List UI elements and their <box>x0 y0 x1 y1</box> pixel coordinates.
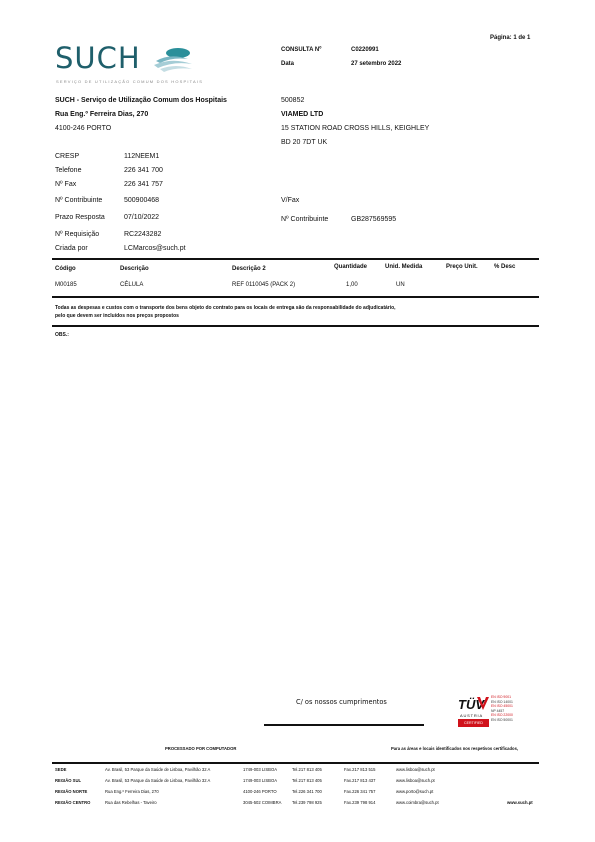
processed-by-note: PROCESSADO POR COMPUTADOR <box>165 746 236 751</box>
sender-name: SUCH - Serviço de Utilização Comum dos H… <box>55 97 227 104</box>
office-address: Rua das Rebelhas - Taveiro <box>105 800 157 805</box>
nif-value: 500900468 <box>124 197 159 204</box>
tuv-certification-badge: TÜV AUSTRIA CERTIFIED EN ISO 9001 EN ISO… <box>455 694 545 738</box>
tuv-standard: EN ISO 50001 <box>491 718 513 723</box>
office-city: 1749-003 LISBOA <box>243 778 277 783</box>
office-tel: Tel.239 798 925 <box>292 800 322 805</box>
tuv-country: AUSTRIA <box>460 713 483 718</box>
office-fax: Fax.239 798 914 <box>344 800 375 805</box>
cell-unid: UN <box>396 282 405 288</box>
recipient-code: 500852 <box>281 97 304 104</box>
col-header-unid: Unid. Medida <box>385 264 422 270</box>
fax-label: Nº Fax <box>55 181 76 188</box>
tuv-standards: EN ISO 9001 EN ISO 14001 EN ISO 45001 NP… <box>491 695 513 723</box>
sender-city: 4100-246 PORTO <box>55 125 111 132</box>
nif-label: Nº Contribuinte <box>55 197 102 204</box>
recipient-nif-value: GB287569595 <box>351 216 396 223</box>
website-link[interactable]: www.such.pt <box>507 800 533 805</box>
col-header-quantidade: Quantidade <box>334 264 367 270</box>
office-city: 1749-003 LISBOA <box>243 767 277 772</box>
office-tel: Tel.217 813 405 <box>292 778 322 783</box>
office-address: Av. Brasil, 53 Parque da Saúde de Lisboa… <box>105 778 210 783</box>
certified-areas-note: Para as áreas e locais identificados nos… <box>391 746 518 751</box>
office-tel: Tel.226 341 700 <box>292 789 322 794</box>
requisition-value: RC2243282 <box>124 231 161 238</box>
office-fax: Fax.217 813 515 <box>344 767 375 772</box>
tuv-certified-label: CERTIFIED <box>464 721 483 725</box>
recipient-address-2: BD 20 7DT UK <box>281 139 327 146</box>
consulta-value: C0220991 <box>351 47 379 53</box>
tuv-standard: EN ISO 9001 <box>491 695 513 700</box>
date-value: 27 setembro 2022 <box>351 61 401 67</box>
recipient-fax-label: V/Fax <box>281 197 299 204</box>
cell-descricao2: REF 0110045 (PACK 2) <box>232 282 295 288</box>
office-address: Av. Brasil, 53 Parque da Saúde de Lisboa… <box>105 767 210 772</box>
recipient-nif-label: Nº Contribuinte <box>281 216 328 223</box>
logo-subtitle: SERVIÇO DE UTILIZAÇÃO COMUM DOS HOSPITAI… <box>56 79 203 84</box>
deadline-label: Prazo Resposta <box>55 214 105 221</box>
logo-wordmark: SUCH <box>55 43 141 73</box>
closing-greeting: C/ os nossos cumprimentos <box>296 698 387 706</box>
transport-note-line-1: Todas as despesas e custos com o transpo… <box>55 305 396 311</box>
requisition-label: Nº Requisição <box>55 231 99 238</box>
phone-value: 226 341 700 <box>124 167 163 174</box>
cell-codigo: M00185 <box>55 282 77 288</box>
tuv-certified-box: CERTIFIED <box>458 719 489 727</box>
cell-quantidade: 1,00 <box>346 282 358 288</box>
page-number: Página: 1 de 1 <box>490 35 530 41</box>
col-header-codigo: Código <box>55 266 76 272</box>
office-email: www.lisboa@such.pt <box>396 778 435 783</box>
office-region: REGIÃO SUL <box>55 778 81 783</box>
consulta-label: CONSULTA Nº <box>281 47 321 53</box>
recipient-address-1: 15 STATION ROAD CROSS HILLS, KEIGHLEY <box>281 125 429 132</box>
office-fax: Fax.226 341 757 <box>344 789 375 794</box>
office-fax: Fax.217 813 437 <box>344 778 375 783</box>
logo-waves-icon <box>148 47 196 73</box>
cresp-label: CRESP <box>55 153 79 160</box>
office-region: REGIÃO CENTRO <box>55 800 90 805</box>
cell-descricao: CÉLULA <box>120 282 143 288</box>
obs-label: OBS.: <box>55 332 69 338</box>
footer-rule <box>52 762 539 764</box>
office-city: 3045-502 COIMBRA <box>243 800 281 805</box>
office-address: Rua Eng.º Ferreira Dias, 270 <box>105 789 159 794</box>
notes-rule <box>52 325 539 327</box>
sender-street: Rua Eng.º Ferreira Dias, 270 <box>55 111 148 118</box>
table-bottom-rule <box>52 296 539 298</box>
transport-note-line-2: pelo que devem ser incluídos nos preços … <box>55 313 179 319</box>
col-header-desc: % Desc <box>494 264 515 270</box>
office-email: www.coimbra@such.pt <box>396 800 439 805</box>
col-header-preco: Preço Unit. <box>446 264 478 270</box>
office-email: www.porto@such.pt <box>396 789 433 794</box>
office-city: 4100-246 PORTO <box>243 789 277 794</box>
col-header-descricao2: Descrição 2 <box>232 266 266 272</box>
created-by-value: LCMarcos@such.pt <box>124 245 186 252</box>
deadline-value: 07/10/2022 <box>124 214 159 221</box>
fax-value: 226 341 757 <box>124 181 163 188</box>
office-tel: Tel.217 813 405 <box>292 767 322 772</box>
office-email: www.lisboa@such.pt <box>396 767 435 772</box>
created-by-label: Criada por <box>55 245 88 252</box>
date-label: Data <box>281 61 294 67</box>
cresp-value: 112NEEM1 <box>124 153 159 160</box>
recipient-name: VIAMED LTD <box>281 111 323 118</box>
tuv-check-icon <box>477 697 489 710</box>
signature-line <box>264 724 424 726</box>
col-header-descricao: Descrição <box>120 266 149 272</box>
table-top-rule <box>52 258 539 260</box>
phone-label: Telefone <box>55 167 81 174</box>
office-region: REGIÃO NORTE <box>55 789 87 794</box>
office-region: SEDE <box>55 767 66 772</box>
